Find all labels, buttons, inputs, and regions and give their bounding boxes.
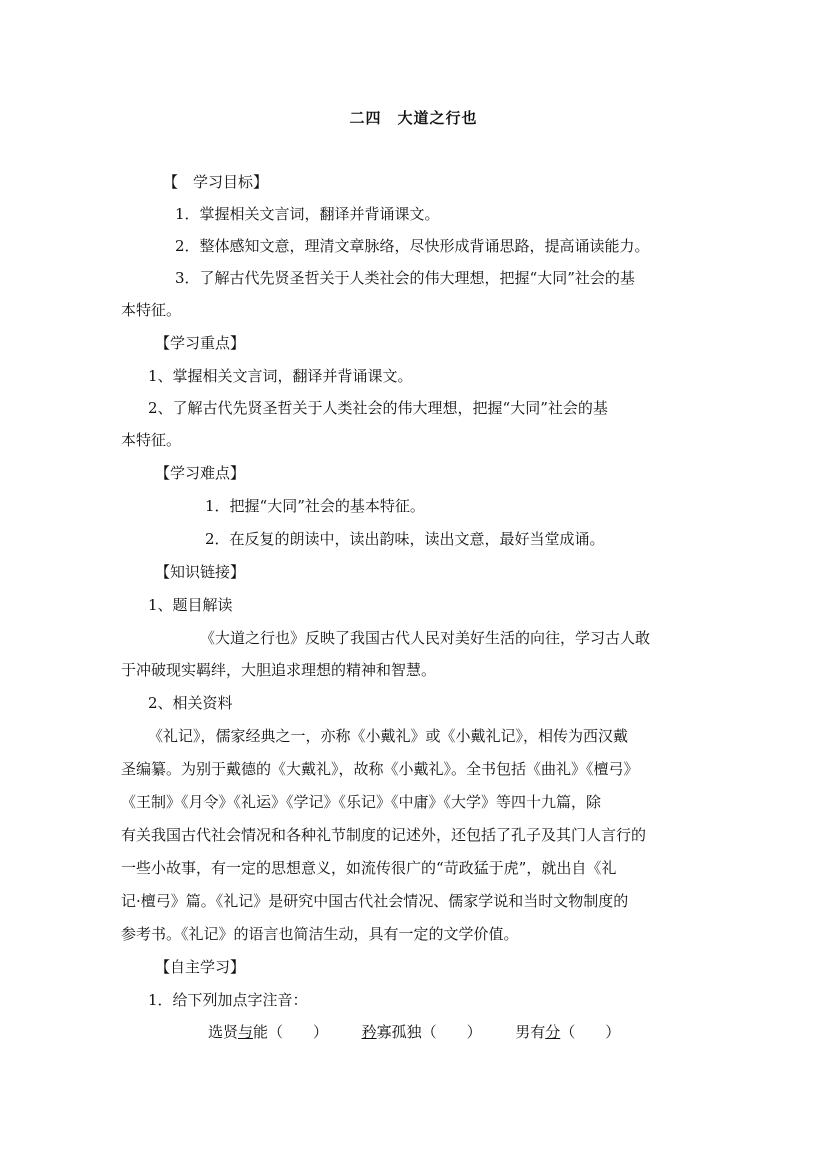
knowledge-heading: 【知识链接】 <box>155 562 245 582</box>
marked-char: 矜 <box>362 1023 377 1041</box>
exercise-item: 选贤与能（ ） <box>208 1023 328 1041</box>
answer-blank[interactable]: （ ） <box>560 1023 620 1041</box>
exercise-text: 选贤 <box>208 1023 238 1041</box>
objective-item: 3．了解古代先贤圣哲关于人类社会的伟大理想，把握“大同”社会的基 <box>175 268 635 288</box>
keypoints-heading: 【学习重点】 <box>155 333 245 353</box>
marked-char: 与 <box>238 1023 253 1041</box>
objectives-heading: 【 学习目标】 <box>163 172 268 192</box>
objective-item: 1．掌握相关文言词，翻译并背诵课文。 <box>175 204 440 224</box>
knowledge-sub1-text: 《大道之行也》反映了我国古代人民对美好生活的向往，学习古人敢 <box>200 628 650 648</box>
knowledge-sub2: 2、相关资料 <box>148 693 233 713</box>
keypoint-item: 2、了解古代先贤圣哲关于人类社会的伟大理想，把握“大同”社会的基 <box>148 398 608 418</box>
objective-item: 2．整体感知文意，理清文章脉络，尽快形成背诵思路，提高诵读能力。 <box>175 236 650 256</box>
keypoint-item: 本特征。 <box>121 430 181 450</box>
knowledge-sub2-text: 记·檀弓》篇。《礼记》是研究中国古代社会情况、儒家学说和当时文物制度的 <box>121 891 628 911</box>
document-page: 二四 大道之行也 【 学习目标】 1．掌握相关文言词，翻译并背诵课文。 2．整体… <box>0 0 827 1169</box>
difficulty-item: 1．把握“大同”社会的基本特征。 <box>205 496 425 516</box>
exercise-text: 男有 <box>515 1023 545 1041</box>
exercise-item: 男有分（ ） <box>515 1023 620 1041</box>
knowledge-sub2-text: 参考书。《礼记》的语言也简洁生动，具有一定的文学价值。 <box>121 924 519 944</box>
difficulty-item: 2．在反复的朗读中，读出韵味，读出文意，最好当堂成诵。 <box>205 529 605 549</box>
marked-char: 分 <box>545 1023 560 1041</box>
objective-item: 本特征。 <box>121 300 181 320</box>
knowledge-sub2-text: 有关我国古代社会情况和各种礼节制度的记述外，还包括了孔子及其门人言行的 <box>121 825 646 845</box>
knowledge-sub1-text: 于冲破现实羁绊，大胆追求理想的精神和智慧。 <box>121 660 436 680</box>
pinyin-exercise-row: 选贤与能（ ） 矜寡孤独（ ） 男有分（ ） <box>208 1022 620 1042</box>
knowledge-sub2-text: 一些小故事，有一定的思想意义，如流传很广的“苛政猛于虎”，就出自《礼 <box>121 858 616 878</box>
page-title: 二四 大道之行也 <box>0 107 827 128</box>
keypoint-item: 1、掌握相关文言词，翻译并背诵课文。 <box>148 366 413 386</box>
knowledge-sub2-text: 《礼记》，儒家经典之一，亦称《小戴礼》或《小戴礼记》，相传为西汉戴 <box>148 726 628 746</box>
exercise-item: 矜寡孤独（ ） <box>362 1023 482 1041</box>
selfstudy-heading: 【自主学习】 <box>155 957 245 977</box>
answer-blank[interactable]: 寡孤独（ ） <box>377 1023 482 1041</box>
knowledge-sub1: 1、题目解读 <box>148 595 233 615</box>
knowledge-sub2-text: 圣编纂。为别于戴德的《大戴礼》，故称《小戴礼》。全书包括《曲礼》《檀弓》 <box>121 759 639 779</box>
knowledge-sub2-text: 《王制》《月令》《礼运》《学记》《乐记》《中庸》《大学》等四十九篇，除 <box>121 792 601 812</box>
selfstudy-q1: 1．给下列加点字注音： <box>148 990 308 1010</box>
difficulties-heading: 【学习难点】 <box>155 463 245 483</box>
answer-blank[interactable]: 能（ ） <box>253 1023 328 1041</box>
